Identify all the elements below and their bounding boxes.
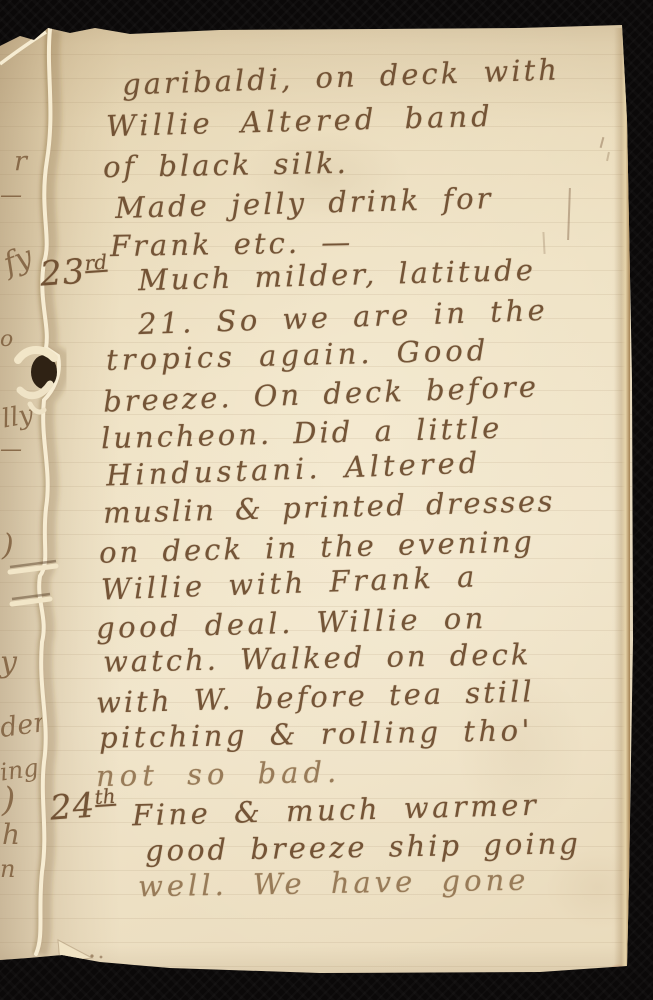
stub-top-edge-highlight — [0, 32, 46, 64]
entry-date-23rd: 23rd — [39, 250, 109, 295]
handwriting-line: not so bad. — [96, 755, 342, 793]
handwriting-line: Frank etc. — — [110, 225, 354, 263]
ink-speck — [100, 956, 103, 959]
notebook-page: r — fy o lly — ) y der ing ) h n — [0, 0, 653, 1000]
stitch-thread — [20, 384, 50, 396]
ink-speck — [90, 954, 93, 957]
date-suffix: rd — [84, 250, 108, 276]
stitch-thread — [18, 350, 54, 360]
handwriting-line: of black silk. — [103, 146, 349, 184]
date-suffix: th — [94, 784, 117, 809]
photograph-of-diary: r — fy o lly — ) y der ing ) h n — [0, 0, 653, 1000]
entry-date-24th: 24th — [49, 784, 118, 829]
bottom-left-paper-fold — [58, 940, 92, 962]
handwriting-line: well. We have gone — [138, 863, 530, 904]
